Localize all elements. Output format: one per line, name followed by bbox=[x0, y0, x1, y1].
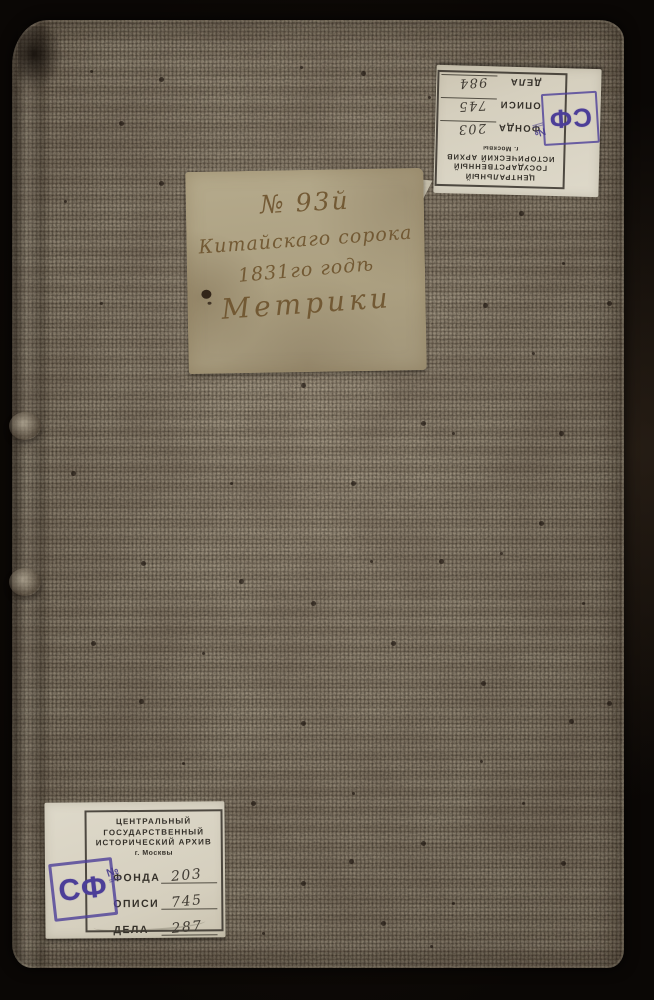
field-row-opis: ОПИСИ 745 bbox=[113, 883, 217, 910]
field-value-fond: 203 bbox=[457, 120, 487, 137]
field-label-opis: ОПИСИ bbox=[501, 99, 541, 111]
photo-background: № 93й Китайскаго сорока 1831го годѣ Метр… bbox=[0, 0, 654, 1000]
field-label-opis: ОПИСИ bbox=[113, 898, 157, 910]
field-value-opis: 745 bbox=[458, 97, 488, 114]
book-cover: № 93й Китайскаго сорока 1831го годѣ Метр… bbox=[12, 20, 624, 968]
label-number-line: № 93й bbox=[185, 182, 424, 223]
handwritten-title-label: № 93й Китайскаго сорока 1831го годѣ Метр… bbox=[185, 168, 426, 374]
spine-band bbox=[9, 568, 41, 596]
field-underline: 984 bbox=[441, 74, 497, 76]
field-label-delo: ДЕЛА bbox=[501, 76, 541, 88]
sf-stamp: СФ bbox=[541, 91, 600, 146]
field-row-delo: ДЕЛА 984 bbox=[441, 74, 542, 100]
field-value-delo: 984 bbox=[458, 74, 488, 91]
sf-stamp-text: СФ bbox=[57, 870, 110, 909]
sf-stamp-text: СФ bbox=[548, 102, 593, 136]
archive-fields: ФОНДА 203 ОПИСИ 745 ДЕЛА 984 bbox=[440, 74, 542, 146]
field-row-opis: ОПИСИ 745 bbox=[440, 97, 541, 123]
field-row-fond: ФОНДА 203 bbox=[440, 120, 541, 146]
archive-org-name: ЦЕНТРАЛЬНЫЙ ГОСУДАРСТВЕННЫЙ ИСТОРИЧЕСКИЙ… bbox=[437, 142, 564, 183]
field-underline: 745 bbox=[441, 97, 497, 99]
archive-org-name: ЦЕНТРАЛЬНЫЙ ГОСУДАРСТВЕННЫЙ ИСТОРИЧЕСКИЙ… bbox=[87, 816, 221, 859]
org-line: ИСТОРИЧЕСКИЙ АРХИВ bbox=[87, 837, 221, 849]
field-underline: 287 bbox=[162, 934, 218, 935]
field-row-fond: ФОНДА 203 bbox=[113, 857, 217, 884]
spine-band bbox=[9, 412, 41, 440]
burlap-hole-speckles bbox=[12, 20, 15, 23]
field-value-opis: 745 bbox=[171, 892, 204, 911]
archive-label-top: ЦЕНТРАЛЬНЫЙ ГОСУДАРСТВЕННЫЙ ИСТОРИЧЕСКИЙ… bbox=[433, 65, 601, 197]
field-value-fond: 203 bbox=[170, 866, 203, 885]
archive-label-bottom: ЦЕНТРАЛЬНЫЙ ГОСУДАРСТВЕННЫЙ ИСТОРИЧЕСКИЙ… bbox=[44, 801, 225, 939]
field-underline: 203 bbox=[440, 120, 496, 122]
